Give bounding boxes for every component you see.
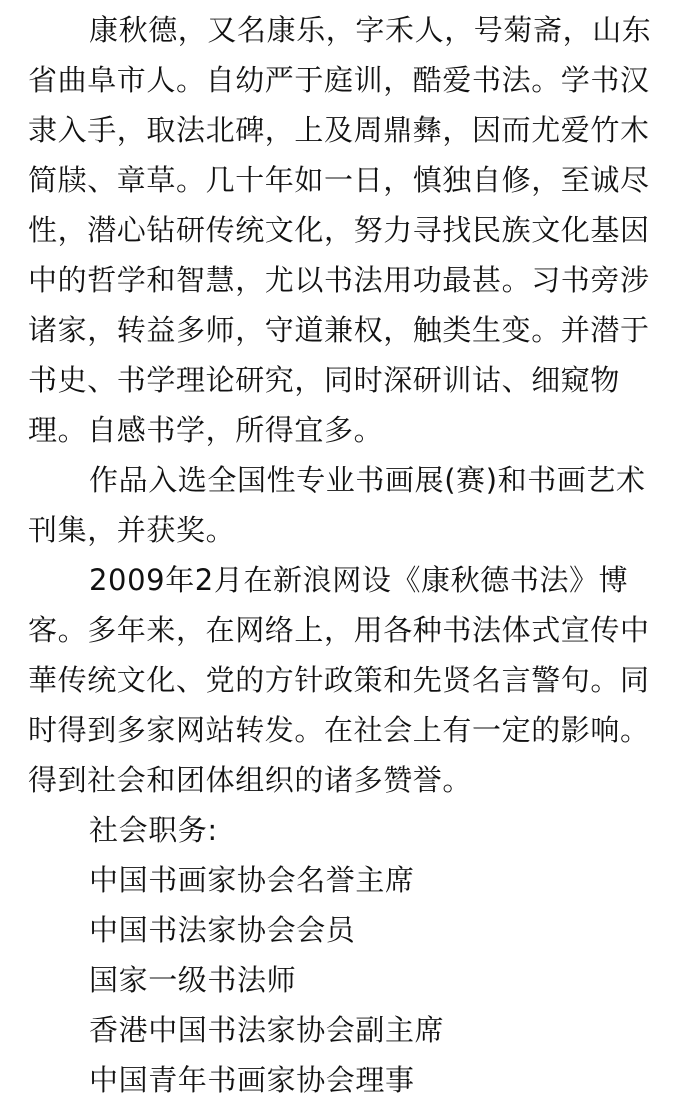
paragraph-biography: 康秋德，又名康乐，字禾人，号菊斋，山东 省曲阜市人。自幼严于庭训，酷爱书法。学书…: [28, 5, 668, 455]
position-item: 中国书法家协会会员: [28, 905, 668, 955]
text-line: 客。多年来，在网络上，用各种书法体式宣传中: [28, 605, 668, 655]
text-line: 作品入选全国性专业书画展(赛)和书画艺术: [28, 455, 668, 505]
paragraph-blog: 2009年2月在新浪网设《康秋德书法》博 客。多年来，在网络上，用各种书法体式宣…: [28, 555, 668, 805]
text-line: 简牍、章草。几十年如一日，慎独自修，至诚尽: [28, 155, 668, 205]
position-item: 中国书画家协会名誉主席: [28, 855, 668, 905]
positions-section: 社会职务: 中国书画家协会名誉主席 中国书法家协会会员 国家一级书法师 香港中国…: [28, 805, 668, 1105]
text-line: 得到社会和团体组织的诸多赞誉。: [28, 755, 668, 805]
text-line: 隶入手，取法北碑，上及周鼎彝，因而尤爱竹木: [28, 105, 668, 155]
text-line: 性，潜心钻研传统文化，努力寻找民族文化基因: [28, 205, 668, 255]
text-line: 2009年2月在新浪网设《康秋德书法》博: [28, 555, 668, 605]
text-line: 刊集，并获奖。: [28, 505, 668, 555]
text-line: 诸家，转益多师，守道兼权，触类生变。并潜于: [28, 305, 668, 355]
paragraph-awards: 作品入选全国性专业书画展(赛)和书画艺术 刊集，并获奖。: [28, 455, 668, 555]
position-item: 中国青年书画家协会理事: [28, 1055, 668, 1105]
text-line: 康秋德，又名康乐，字禾人，号菊斋，山东: [28, 5, 668, 55]
text-line: 书史、书学理论研究，同时深研训诂、细窥物: [28, 355, 668, 405]
text-line: 華传统文化、党的方针政策和先贤名言警句。同: [28, 655, 668, 705]
positions-heading: 社会职务:: [28, 805, 668, 855]
text-line: 省曲阜市人。自幼严于庭训，酷爱书法。学书汉: [28, 55, 668, 105]
position-item: 香港中国书法家协会副主席: [28, 1005, 668, 1055]
position-item: 国家一级书法师: [28, 955, 668, 1005]
text-line: 理。自感书学，所得宜多。: [28, 405, 668, 455]
text-line: 时得到多家网站转发。在社会上有一定的影响。: [28, 705, 668, 755]
document-body: 康秋德，又名康乐，字禾人，号菊斋，山东 省曲阜市人。自幼严于庭训，酷爱书法。学书…: [28, 5, 668, 1105]
text-line: 中的哲学和智慧，尤以书法用功最甚。习书旁涉: [28, 255, 668, 305]
